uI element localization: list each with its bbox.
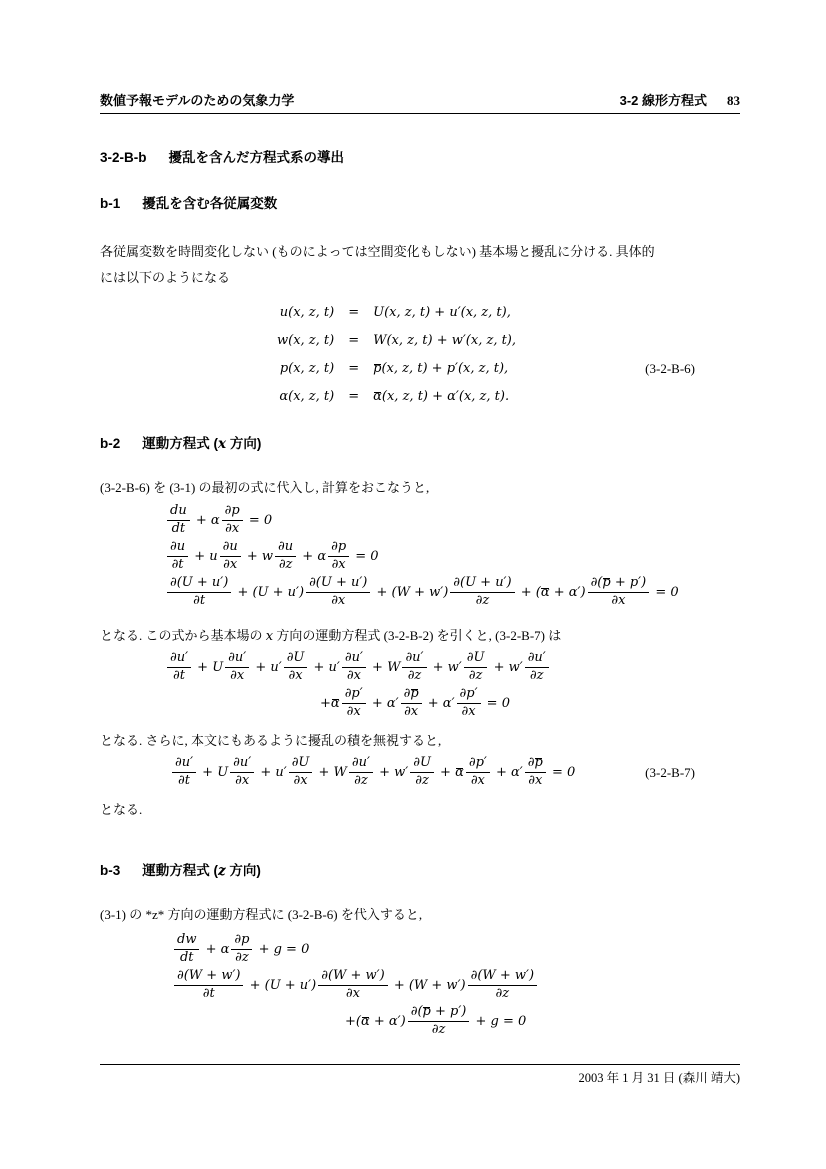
fraction: ∂p∂x [328, 540, 349, 573]
math-var: ∂(p + p′) [588, 576, 650, 593]
header-right: 3-2 線形方程式83 [620, 93, 740, 109]
math-var: ∂x [344, 668, 364, 684]
math-var: ∂x [232, 773, 252, 789]
fraction: ∂p∂x [525, 756, 546, 789]
fraction: dudt [167, 504, 190, 537]
fraction: ∂u′∂t [167, 651, 191, 684]
equation-line: ∂(W + w′)∂t + (U + u′)∂(W + w′)∂x + (W +… [100, 968, 740, 1004]
math-var: x [218, 436, 226, 452]
math-var: ∂x [343, 986, 363, 1002]
heading-b-3: b-3運動方程式 (z 方向) [100, 862, 740, 880]
fraction: ∂(U + u′)∂x [306, 576, 370, 609]
fraction: ∂p∂z [231, 933, 252, 966]
math-var: ∂u′ [230, 756, 254, 773]
fraction: ∂u′∂z [525, 651, 549, 684]
math-var: ∂z [473, 593, 493, 609]
overline-var: p [423, 1004, 431, 1019]
heading-title: 運動方程式 (z 方向) [142, 863, 261, 878]
fraction: ∂p∂x [401, 687, 422, 720]
fraction: ∂U∂x [284, 651, 308, 684]
math-var: ∂z [466, 668, 486, 684]
math-var: dw [174, 933, 199, 950]
paragraph-subtract-basic-state: となる. この式から基本場の x 方向の運動方程式 (3-2-B-2) を引くと… [100, 627, 740, 646]
math-var: ∂x [468, 773, 488, 789]
overline-var: α [541, 585, 550, 600]
math-var: ∂u′ [349, 756, 373, 773]
heading-number: b-2 [100, 435, 120, 453]
equation-b3-block: dwdt + α∂p∂z + g = 0∂(W + w′)∂t + (U + u… [100, 932, 740, 1040]
math-var: ∂t [200, 986, 218, 1002]
math-var: ∂x [525, 773, 545, 789]
equation-line: +(α + α′)∂(p + p′)∂z + g = 0 [100, 1004, 740, 1040]
page: 数値予報モデルのための気象力学 3-2 線形方程式83 3-2-B-b擾乱を含ん… [0, 0, 826, 1169]
fraction: ∂U∂z [464, 651, 488, 684]
equals-sign: = [348, 355, 359, 383]
equation-lhs: α(x, z, t) [279, 383, 334, 411]
equation-derivation-block: dudt + α∂p∂x = 0∂u∂t + u∂u∂x + w∂u∂z + α… [100, 503, 740, 611]
equation-line: dwdt + α∂p∂z + g = 0 [100, 932, 740, 968]
equals-sign: = [348, 299, 359, 327]
math-var: ∂x [459, 704, 479, 720]
footer-date: 2003 年 1 月 31 日 (森川 靖大) [100, 1070, 740, 1086]
math-var: x [266, 629, 273, 644]
equation-rhs: W(x, z, t) + w′(x, z, t), [373, 327, 516, 355]
fraction: ∂(W + w′)∂t [174, 969, 243, 1002]
math-var: ∂t [169, 557, 187, 573]
heading-b-2: b-2運動方程式 (x 方向) [100, 435, 740, 453]
fraction: ∂u′∂z [349, 756, 373, 789]
heading-title: 擾乱を含む各従属変数 [142, 196, 277, 211]
equals-sign: = [348, 383, 359, 411]
math-var: ∂z [351, 773, 371, 789]
overline-var: α [455, 765, 464, 780]
math-var: ∂(W + w′) [468, 969, 537, 986]
fraction: ∂(W + w′)∂z [468, 969, 537, 1002]
math-var: ∂p [525, 756, 546, 773]
equation-rhs: p(x, z, t) + p′(x, z, t), [373, 355, 516, 383]
fraction: ∂(p + p′)∂x [588, 576, 650, 609]
overline-var: α [373, 389, 382, 404]
overline-var: α [361, 1014, 370, 1029]
math-var: ∂(U + u′) [167, 576, 231, 593]
math-var: ∂u′ [225, 651, 249, 668]
fraction: ∂p∂x [222, 504, 243, 537]
math-var: ∂U [284, 651, 308, 668]
paragraph-intro-variables: 各従属変数を時間変化しない (ものによっては空間変化もしない) 基本場と擾乱に分… [100, 239, 740, 291]
footer-rule [100, 1064, 740, 1065]
equation-aligned-rows: u(x, z, t) = U(x, z, t) + u′(x, z, t), w… [277, 299, 516, 411]
math-var: ∂x [222, 521, 242, 537]
fraction: ∂p′∂x [466, 756, 490, 789]
math-var: ∂u [167, 540, 188, 557]
math-var: z [218, 863, 226, 879]
math-var: ∂u′ [167, 651, 191, 668]
math-var: ∂z [405, 668, 425, 684]
paragraph-b2-intro: (3-2-B-6) を (3-1) の最初の式に代入し, 計算をおこなうと, [100, 479, 740, 497]
math-var: ∂t [175, 773, 193, 789]
math-var: ∂z [527, 668, 547, 684]
page-footer: 2003 年 1 月 31 日 (森川 靖大) [100, 1064, 740, 1086]
math-var: ∂t [190, 593, 208, 609]
equation-line: ∂u′∂t + U∂u′∂x + u′∂U∂x + W∂u′∂z + w′∂U∂… [100, 755, 740, 791]
heading-number: 3-2-B-b [100, 149, 147, 167]
math-var: ∂p [231, 933, 252, 950]
page-header: 数値予報モデルのための気象力学 3-2 線形方程式83 [100, 93, 740, 114]
math-var: ∂x [328, 593, 348, 609]
equation-label: (3-2-B-6) [645, 361, 695, 377]
fraction: ∂u′∂x [230, 756, 254, 789]
math-var: ∂u′ [525, 651, 549, 668]
fraction: ∂u′∂x [342, 651, 366, 684]
math-var: ∂u′ [342, 651, 366, 668]
paragraph-neglect-products: となる. さらに, 本文にもあるように擾乱の積を無視すると, [100, 732, 740, 750]
fraction: ∂p′∂x [342, 687, 366, 720]
math-var: ∂U [464, 651, 488, 668]
paragraph-result: となる. [100, 801, 740, 819]
math-var: ∂U [410, 756, 434, 773]
math-var: ∂p [401, 687, 422, 704]
equation-label: (3-2-B-7) [645, 765, 695, 781]
math-var: ∂U [289, 756, 313, 773]
math-var: ∂x [291, 773, 311, 789]
equation-line: ∂u′∂t + U∂u′∂x + u′∂U∂x + u′∂u′∂x + W∂u′… [100, 650, 740, 686]
fraction: dwdt [174, 933, 199, 966]
heading-3-2-B-b: 3-2-B-b擾乱を含んだ方程式系の導出 [100, 149, 740, 167]
equation-rhs: U(x, z, t) + u′(x, z, t), [373, 299, 516, 327]
equation-3-2-B-6: u(x, z, t) = U(x, z, t) + u′(x, z, t), w… [100, 299, 740, 411]
math-var: ∂p′ [466, 756, 490, 773]
math-var: ∂p [222, 504, 243, 521]
math-var: ∂u′ [402, 651, 426, 668]
math-var: ∂z [232, 950, 252, 966]
overline-var: p [534, 755, 542, 770]
fraction: ∂u∂z [275, 540, 296, 573]
math-var: ∂z [276, 557, 296, 573]
math-var: ∂x [329, 557, 349, 573]
fraction: ∂(p + p′)∂z [408, 1005, 470, 1038]
heading-title: 擾乱を含んだ方程式系の導出 [169, 150, 345, 165]
math-var: ∂x [227, 668, 247, 684]
fraction: ∂(W + w′)∂x [318, 969, 387, 1002]
fraction: ∂u′∂z [402, 651, 426, 684]
math-var: ∂(W + w′) [174, 969, 243, 986]
math-var: ∂(p + p′) [408, 1005, 470, 1022]
paragraph-b3-intro: (3-1) の *z* 方向の運動方程式に (3-2-B-6) を代入すると, [100, 906, 740, 924]
math-var: ∂(U + u′) [450, 576, 514, 593]
equation-line: ∂u∂t + u∂u∂x + w∂u∂z + α∂p∂x = 0 [100, 539, 740, 575]
math-var: ∂p′ [457, 687, 481, 704]
equals-sign: = [348, 327, 359, 355]
equation-3-2-B-7: ∂u′∂t + U∂u′∂x + u′∂U∂x + W∂u′∂z + w′∂U∂… [100, 755, 740, 791]
overline-var: p [410, 686, 418, 701]
math-var: ∂z [412, 773, 432, 789]
math-var: ∂z [493, 986, 513, 1002]
heading-number: b-3 [100, 862, 120, 880]
math-var: ∂u′ [172, 756, 196, 773]
overline-var: p [602, 575, 610, 590]
math-var: ∂p [328, 540, 349, 557]
math-var: ∂(W + w′) [318, 969, 387, 986]
overline-var: p [373, 361, 381, 376]
fraction: ∂u∂t [167, 540, 188, 573]
overline-var: α [331, 696, 340, 711]
math-var: du [167, 504, 190, 521]
math-var: dt [177, 950, 197, 966]
math-var: ∂u [220, 540, 241, 557]
fraction: ∂U∂z [410, 756, 434, 789]
math-var: ∂x [401, 704, 421, 720]
fraction: ∂U∂x [289, 756, 313, 789]
heading-b-1: b-1擾乱を含む各従属変数 [100, 195, 740, 213]
fraction: ∂u∂x [220, 540, 241, 573]
header-section-title: 3-2 線形方程式 [620, 93, 707, 108]
equation-lhs: p(x, z, t) [280, 355, 334, 383]
math-var: ∂t [170, 668, 188, 684]
heading-number: b-1 [100, 195, 120, 213]
equation-line: ∂(U + u′)∂t + (U + u′)∂(U + u′)∂x + (W +… [100, 575, 740, 611]
math-var: ∂p′ [342, 687, 366, 704]
equation-rhs: α(x, z, t) + α′(x, z, t). [373, 383, 516, 411]
math-var: dt [169, 521, 189, 537]
fraction: ∂(U + u′)∂t [167, 576, 231, 609]
equation-line: +α∂p′∂x + α′∂p∂x + α′∂p′∂x = 0 [100, 686, 740, 722]
math-var: ∂x [608, 593, 628, 609]
math-var: ∂(U + u′) [306, 576, 370, 593]
math-var: ∂x [220, 557, 240, 573]
math-var: ∂x [286, 668, 306, 684]
equation-lhs: w(x, z, t) [277, 327, 334, 355]
fraction: ∂p′∂x [457, 687, 481, 720]
fraction: ∂(U + u′)∂z [450, 576, 514, 609]
math-var: ∂x [344, 704, 364, 720]
math-var: ∂z [429, 1022, 449, 1038]
fraction: ∂u′∂t [172, 756, 196, 789]
header-page-number: 83 [727, 93, 740, 108]
equation-expanded-block: ∂u′∂t + U∂u′∂x + u′∂U∂x + u′∂u′∂x + W∂u′… [100, 650, 740, 722]
header-book-title: 数値予報モデルのための気象力学 [100, 93, 294, 109]
math-var: ∂u [275, 540, 296, 557]
equation-line: dudt + α∂p∂x = 0 [100, 503, 740, 539]
equation-lhs: u(x, z, t) [280, 299, 334, 327]
heading-title: 運動方程式 (x 方向) [142, 436, 261, 451]
fraction: ∂u′∂x [225, 651, 249, 684]
